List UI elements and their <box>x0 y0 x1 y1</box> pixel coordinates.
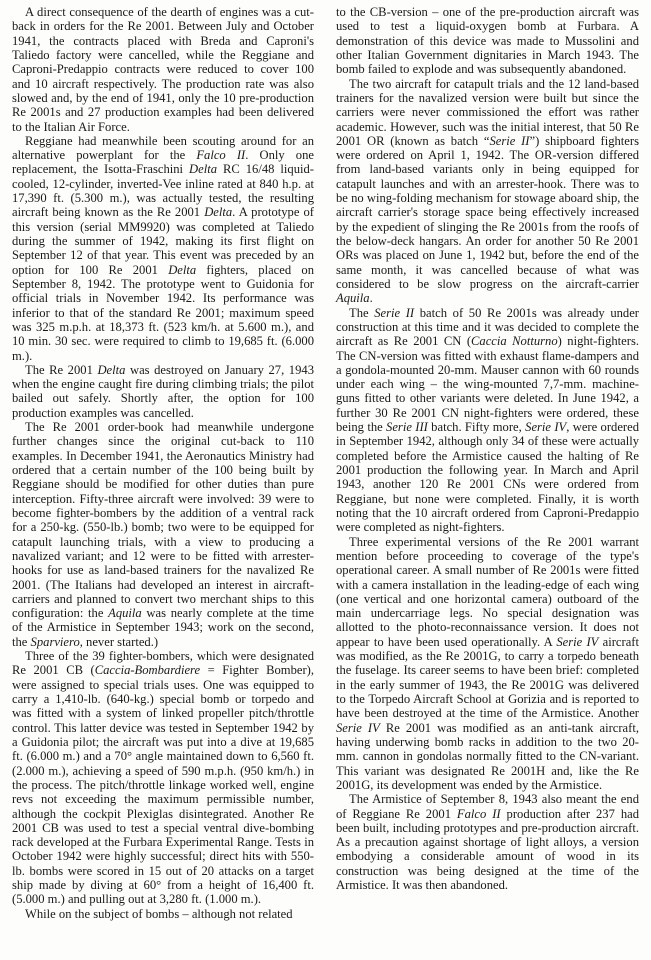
italic-text: Delta <box>168 263 196 277</box>
paragraph: The Re 2001 Delta was destroyed on Janua… <box>12 363 314 420</box>
text-run: to the CB-version – one of the pre-produ… <box>336 5 639 76</box>
text-run: Re 2001 was modified as an anti-tank air… <box>336 721 639 792</box>
text-run: A direct consequence of the dearth of en… <box>12 5 314 134</box>
italic-text: Delta <box>204 205 232 219</box>
italic-text: Delta <box>97 363 125 377</box>
italic-text: Serie IV <box>336 721 380 735</box>
text-run: The <box>349 306 374 320</box>
text-run: batch. Fifty more, <box>428 420 525 434</box>
text-column-right: to the CB-version – one of the pre-produ… <box>336 5 639 892</box>
text-run: , were ordered in September 1942, althou… <box>336 420 639 534</box>
text-run: = Fighter Bomber), were assigned to spec… <box>12 663 314 906</box>
paragraph: The Armistice of September 8, 1943 also … <box>336 792 639 892</box>
italic-text: Serie IV <box>556 635 598 649</box>
italic-text: Sparviero <box>31 635 80 649</box>
text-column-left: A direct consequence of the dearth of en… <box>12 5 314 921</box>
italic-text: Falco II <box>196 148 245 162</box>
italic-text: Falco II <box>457 807 501 821</box>
text-run: The Re 2001 <box>25 363 97 377</box>
text-run: The Re 2001 order-book had meanwhile und… <box>12 420 314 620</box>
text-run: , never started.) <box>80 635 158 649</box>
italic-text: Serie II <box>489 134 529 148</box>
paragraph: to the CB-version – one of the pre-produ… <box>336 5 639 77</box>
text-run: ”) shipboard fighters were ordered on Ap… <box>336 134 639 291</box>
paragraph: The Serie II batch of 50 Re 2001s was al… <box>336 306 639 535</box>
paragraph: The Re 2001 order-book had meanwhile und… <box>12 420 314 649</box>
italic-text: Serie II <box>374 306 414 320</box>
italic-text: Caccia Notturno <box>471 334 558 348</box>
italic-text: Caccia-Bombardiere <box>95 663 200 677</box>
italic-text: Delta <box>189 162 217 176</box>
italic-text: Aquila <box>108 606 142 620</box>
document-page: A direct consequence of the dearth of en… <box>0 0 651 960</box>
paragraph: Three of the 39 fighter-bombers, which w… <box>12 649 314 907</box>
text-run: . <box>370 291 373 305</box>
italic-text: Serie III <box>386 420 428 434</box>
paragraph: Reggiane had meanwhile been scouting aro… <box>12 134 314 363</box>
paragraph: The two aircraft for catapult trials and… <box>336 77 639 306</box>
text-run: Three experimental versions of the Re 20… <box>336 535 639 649</box>
paragraph: Three experimental versions of the Re 20… <box>336 535 639 793</box>
text-run: While on the subject of bombs – although… <box>25 907 293 921</box>
italic-text: Aquila <box>336 291 370 305</box>
paragraph: A direct consequence of the dearth of en… <box>12 5 314 134</box>
text-run: fighters, placed on September 8, 1942. T… <box>12 263 314 363</box>
paragraph: While on the subject of bombs – although… <box>12 907 314 921</box>
italic-text: Serie IV <box>525 420 566 434</box>
